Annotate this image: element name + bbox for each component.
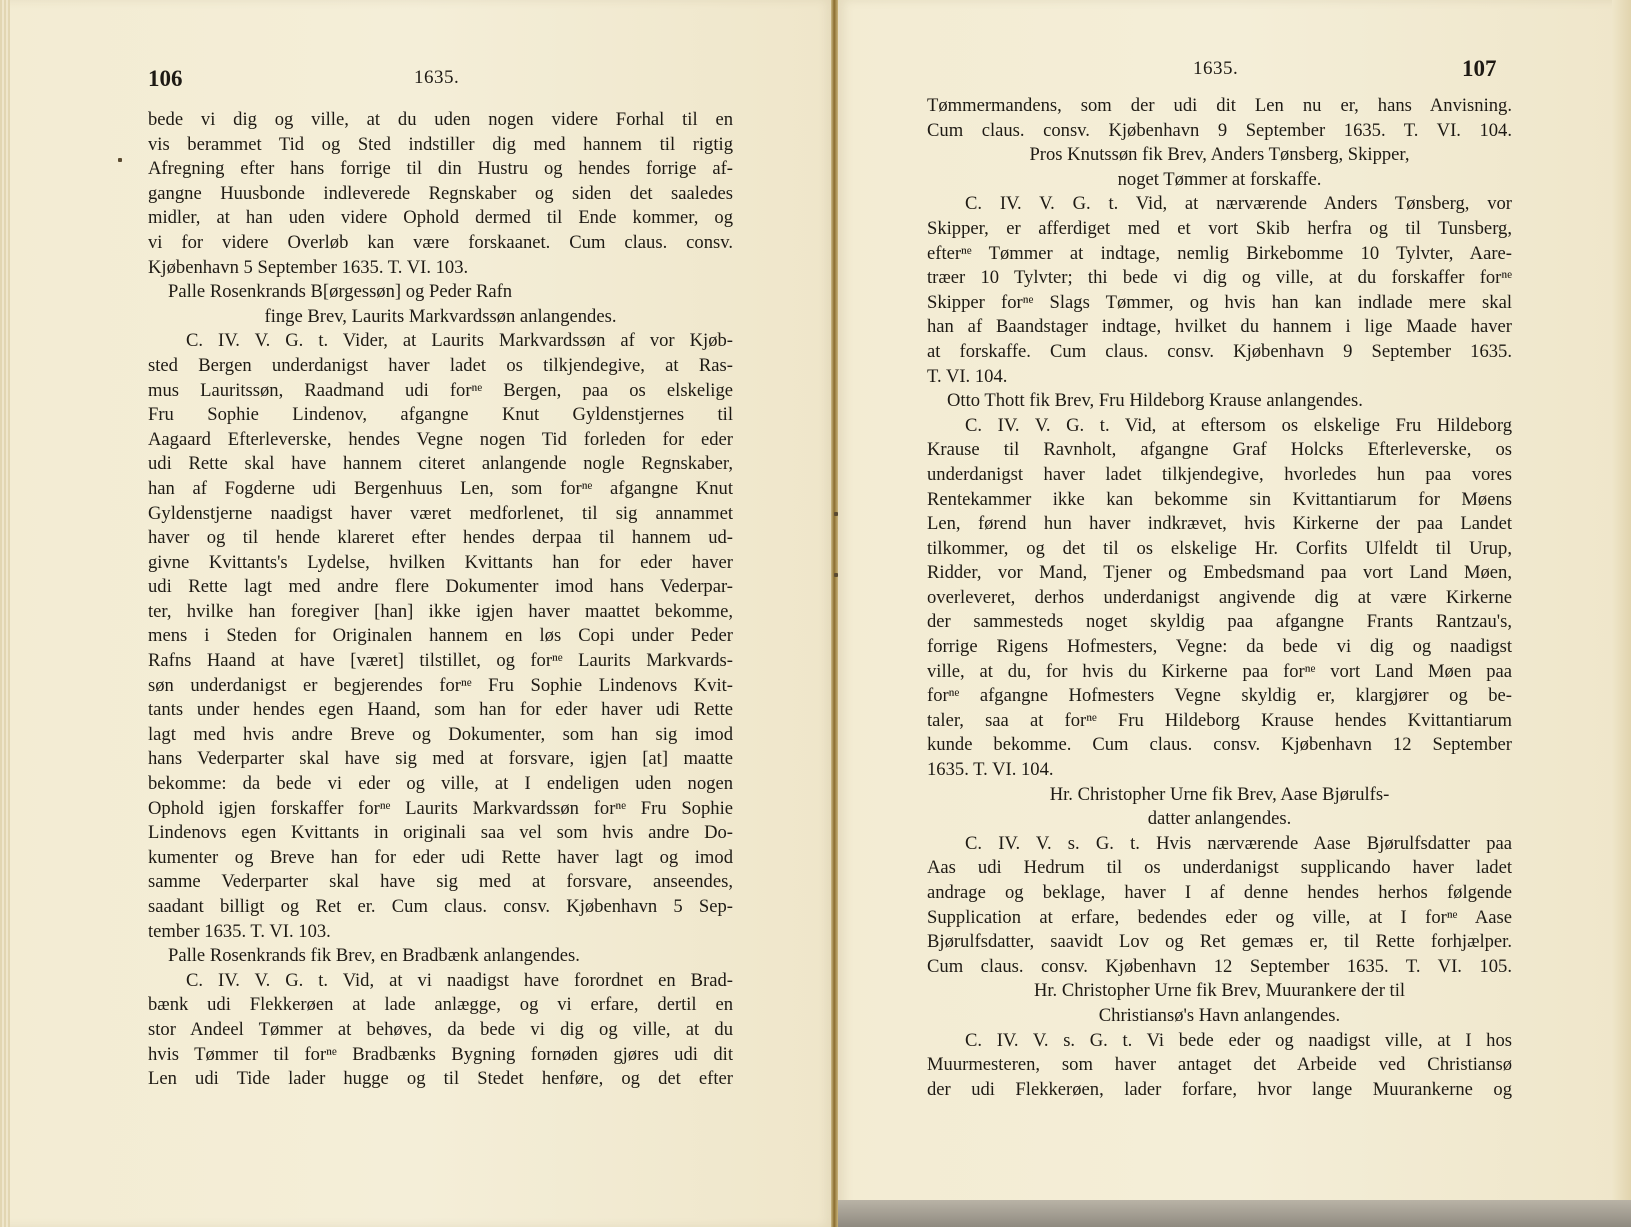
text-line: Bjørulfsdatter, saavidt Lov og Ret gemæs… (927, 930, 1512, 955)
text-line: givne Kvittants's Lydelse, hvilken Kvitt… (148, 551, 733, 576)
right-page-edge (1612, 0, 1631, 1227)
text-line: Muurmesteren, som haver antaget det Arbe… (927, 1053, 1512, 1078)
text-line: bede vi dig og ville, at du uden nogen v… (148, 108, 733, 133)
text-line: Rafns Haand at have [været] tilstillet, … (148, 649, 733, 674)
text-line: samme Vederparter skal have sig med at f… (148, 870, 733, 895)
text-line: Ridder, vor Mand, Tjener og Embedsmand p… (927, 561, 1512, 586)
text-line: gangne Huusbonde indleverede Regnskaber … (148, 182, 733, 207)
text-line: ter, hvilke han foregiver [han] ikke igj… (148, 600, 733, 625)
text-line: stor Andeel Tømmer at behøves, da bede v… (148, 1018, 733, 1043)
text-line: udi Rette lagt med andre flere Dokumente… (148, 575, 733, 600)
text-line: Skipper, er afferdiget med et vort Skib … (927, 217, 1512, 242)
text-line: vis berammet Tid og Sted indstiller dig … (148, 133, 733, 158)
page-number-right: 107 (1462, 56, 1497, 82)
text-line: midler, at han uden videre Ophold dermed… (148, 206, 733, 231)
text-line: mens i Steden for Originalen hannem en l… (148, 624, 733, 649)
text-line: tilkommer, og det til os elskelige Hr. C… (927, 537, 1512, 562)
text-line: søn underdanigst er begjerendes forⁿᵉ Fr… (148, 674, 733, 699)
running-head-left: 1635. (414, 67, 459, 89)
text-line: sted Bergen underdanigst haver ladet os … (148, 354, 733, 379)
text-line: der sammesteds noget skyldig paa afgangn… (927, 610, 1512, 635)
left-page-edge (0, 0, 10, 1227)
left-page: 106 1635. bede vi dig og ville, at du ud… (0, 0, 833, 1227)
text-line: finge Brev, Laurits Markvardssøn anlange… (148, 305, 733, 330)
text-line: Supplication at erfare, bedendes eder og… (927, 906, 1512, 931)
text-line: bænk udi Flekkerøen at lade anlægge, og … (148, 993, 733, 1018)
text-line: taler, saa at forⁿᵉ Fru Hildeborg Krause… (927, 709, 1512, 734)
text-line: Len udi Tide lader hugge og til Stedet h… (148, 1067, 733, 1092)
text-line: C. IV. V. s. G. t. Hvis nærværende Aase … (927, 832, 1512, 857)
text-line: tants under hendes egen Haand, som han f… (148, 698, 733, 723)
text-line: Otto Thott fik Brev, Fru Hildeborg Kraus… (927, 389, 1512, 414)
text-line: Afregning efter hans forrige til din Hus… (148, 157, 733, 182)
text-line: Hr. Christopher Urne fik Brev, Muuranker… (927, 979, 1512, 1004)
text-line: Gyldenstjerne naadigst haver været medfo… (148, 502, 733, 527)
text-line: hvis Tømmer til forⁿᵉ Bradbænks Bygning … (148, 1043, 733, 1068)
text-line: Tømmermandens, som der udi dit Len nu er… (927, 94, 1512, 119)
margin-mark (834, 512, 838, 516)
text-line: haver og til hende klareret efter hendes… (148, 526, 733, 551)
text-line: tember 1635. T. VI. 103. (148, 920, 733, 945)
text-line: underdanigst haver ladet tilkjendegive, … (927, 463, 1512, 488)
text-line: saadant billigt og Ret er. Cum claus. co… (148, 895, 733, 920)
text-line: overleveret, derhos underdanigst angiven… (927, 586, 1512, 611)
text-line: C. IV. V. G. t. Vid, at eftersom os elsk… (927, 414, 1512, 439)
left-page-body: bede vi dig og ville, at du uden nogen v… (148, 108, 733, 1092)
text-line: der udi Flekkerøen, lader forfare, hvor … (927, 1078, 1512, 1103)
running-head-right: 1635. (1193, 58, 1238, 80)
text-line: lagt med hvis andre Breve og Dokumenter,… (148, 723, 733, 748)
text-line: Palle Rosenkrands fik Brev, en Bradbænk … (148, 944, 733, 969)
text-line: kunde bekomme. Cum claus. consv. Kjøbenh… (927, 733, 1512, 758)
text-line: 1635. T. VI. 104. (927, 758, 1512, 783)
text-line: Rentekammer ikke kan bekomme sin Kvittan… (927, 488, 1512, 513)
text-line: Kjøbenhavn 5 September 1635. T. VI. 103. (148, 256, 733, 281)
scanner-bed (838, 1200, 1631, 1227)
text-line: C. IV. V. G. t. Vider, at Laurits Markva… (148, 329, 733, 354)
text-line: C. IV. V. G. t. Vid, at vi naadigst have… (148, 969, 733, 994)
margin-mark (834, 573, 838, 577)
text-line: noget Tømmer at forskaffe. (927, 168, 1512, 193)
text-line: han af Fogderne udi Bergenhuus Len, som … (148, 477, 733, 502)
text-line: Krause til Ravnholt, afgangne Graf Holck… (927, 438, 1512, 463)
text-line: at forskaffe. Cum claus. consv. Kjøbenha… (927, 340, 1512, 365)
text-line: C. IV. V. G. t. Vid, at nærværende Ander… (927, 192, 1512, 217)
text-line: Aas udi Hedrum til os underdanigst suppl… (927, 856, 1512, 881)
text-line: hans Vederparter skal have sig med at fo… (148, 747, 733, 772)
text-line: C. IV. V. s. G. t. Vi bede eder og naadi… (927, 1029, 1512, 1054)
margin-mark (118, 158, 122, 162)
right-page: 1635. 107 Tømmermandens, som der udi dit… (838, 0, 1631, 1227)
text-line: udi Rette skal have hannem citeret anlan… (148, 452, 733, 477)
text-line: ville, at du, for hvis du Kirkerne paa f… (927, 660, 1512, 685)
text-line: Cum claus. consv. Kjøbenhavn 9 September… (927, 119, 1512, 144)
text-line: Fru Sophie Lindenov, afgangne Knut Gylde… (148, 403, 733, 428)
page-number-left: 106 (148, 66, 183, 92)
book-spread: 106 1635. bede vi dig og ville, at du ud… (0, 0, 1631, 1227)
text-line: Lindenovs egen Kvittants in originali sa… (148, 821, 733, 846)
text-line: Ophold igjen forskaffer forⁿᵉ Laurits Ma… (148, 797, 733, 822)
text-line: træer 10 Tylvter; thi bede vi dig og vil… (927, 266, 1512, 291)
text-line: datter anlangendes. (927, 807, 1512, 832)
text-line: Hr. Christopher Urne fik Brev, Aase Bjør… (927, 783, 1512, 808)
text-line: kumenter og Breve han for eder udi Rette… (148, 846, 733, 871)
text-line: Len, førend hun haver indkrævet, hvis Ki… (927, 512, 1512, 537)
book-gutter (831, 0, 838, 1227)
text-line: andrage og beklage, haver I af denne hen… (927, 881, 1512, 906)
text-line: han af Baandstager indtage, hvilket du h… (927, 315, 1512, 340)
text-line: T. VI. 104. (927, 365, 1512, 390)
text-line: vi for videre Overløb kan være forskaane… (148, 231, 733, 256)
text-line: mus Lauritssøn, Raadmand udi forⁿᵉ Berge… (148, 379, 733, 404)
right-page-body: Tømmermandens, som der udi dit Len nu er… (927, 94, 1512, 1102)
text-line: Skipper forⁿᵉ Slags Tømmer, og hvis han … (927, 291, 1512, 316)
text-line: efterⁿᵉ Tømmer at indtage, nemlig Birkeb… (927, 242, 1512, 267)
text-line: forⁿᵉ afgangne Hofmesters Vegne skyldig … (927, 684, 1512, 709)
text-line: Christiansø's Havn anlangendes. (927, 1004, 1512, 1029)
text-line: Pros Knutssøn fik Brev, Anders Tønsberg,… (927, 143, 1512, 168)
text-line: Palle Rosenkrands B[ørgessøn] og Peder R… (148, 280, 733, 305)
text-line: forrige Rigens Hofmesters, Vegne: da bed… (927, 635, 1512, 660)
text-line: bekomme: da bede vi eder og ville, at I … (148, 772, 733, 797)
text-line: Aagaard Efterleverske, hendes Vegne noge… (148, 428, 733, 453)
text-line: Cum claus. consv. Kjøbenhavn 12 Septembe… (927, 955, 1512, 980)
